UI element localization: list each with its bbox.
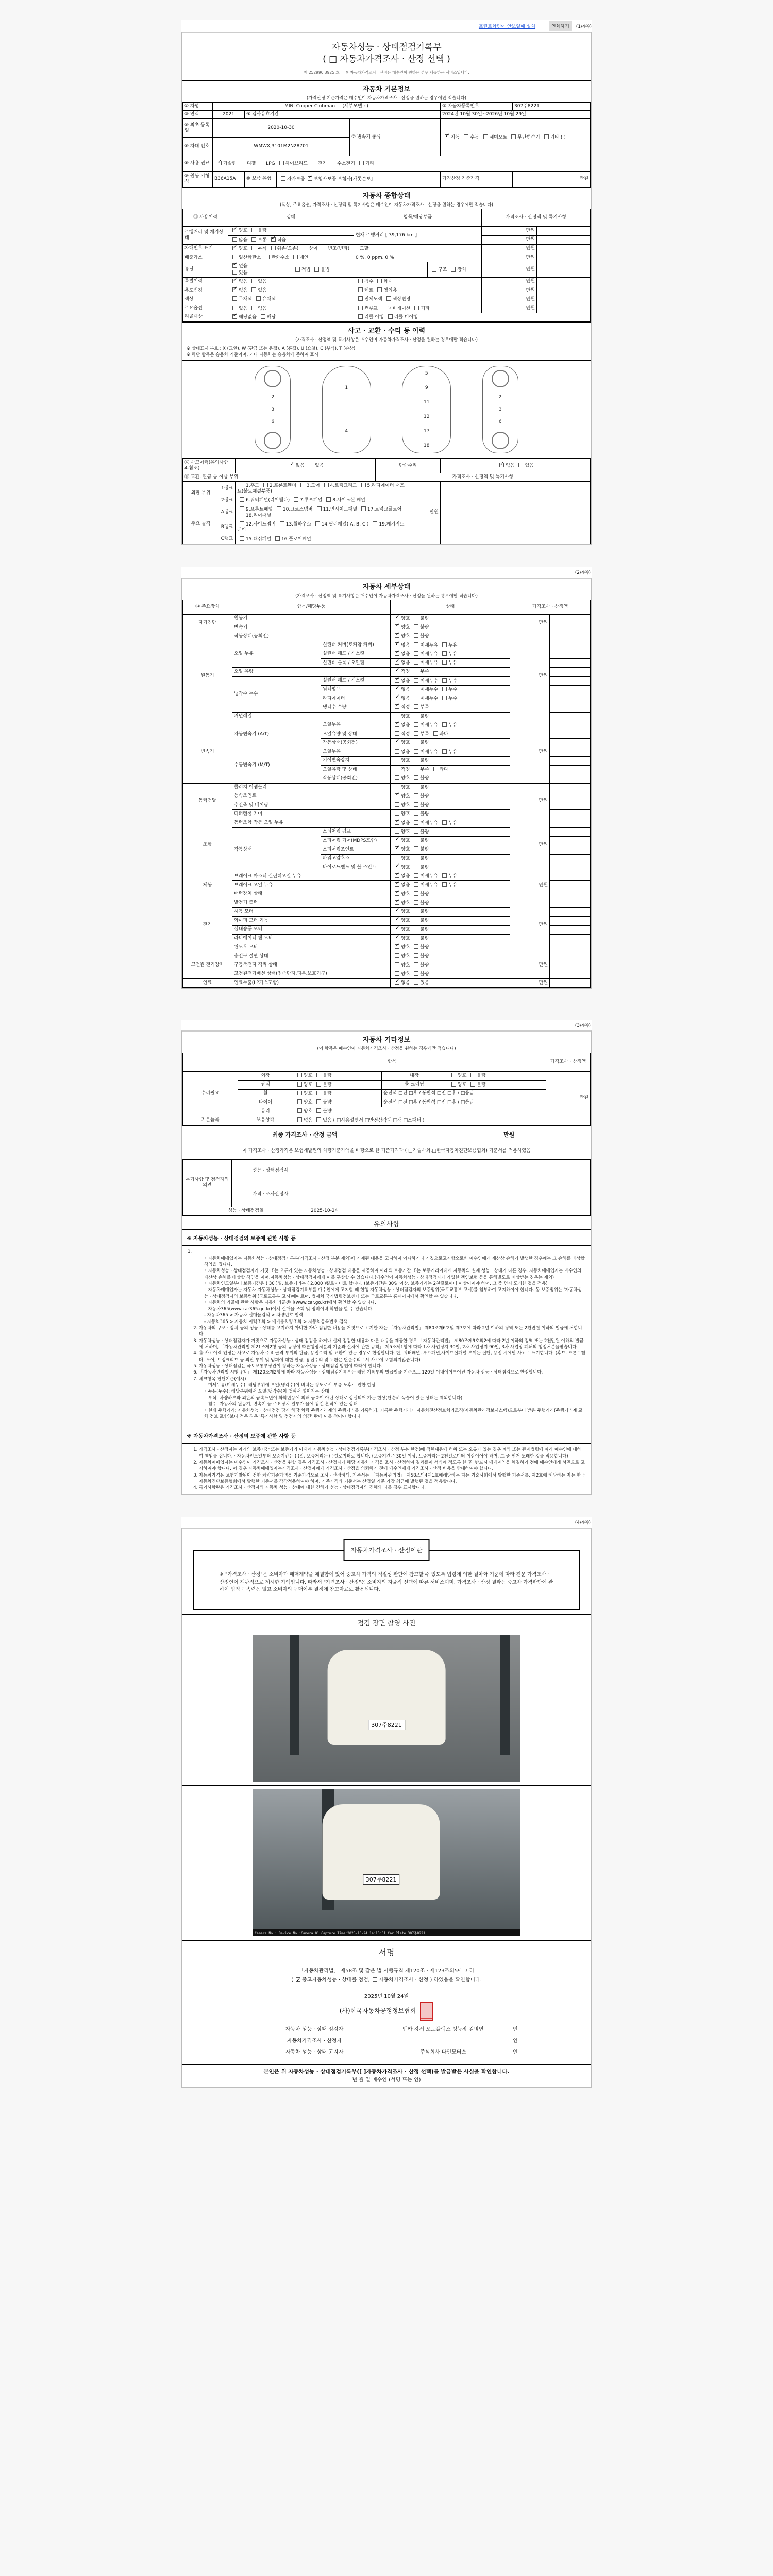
- option-label: 미세누유: [420, 643, 438, 648]
- option-label: 양호: [401, 918, 410, 923]
- checkbox[interactable]: [451, 1073, 456, 1077]
- checkbox[interactable]: [359, 161, 364, 165]
- text: (: [291, 1977, 293, 1983]
- checkbox[interactable]: [442, 687, 447, 691]
- checkbox[interactable]: [232, 287, 237, 292]
- checkbox[interactable]: [316, 1082, 321, 1087]
- checkbox[interactable]: [388, 314, 393, 319]
- page-4: 자동차가격조사 · 산정이란 ※ "가격조사 · 산정"은 소비자가 매매계약을…: [181, 1528, 592, 2088]
- checkbox[interactable]: [414, 775, 418, 780]
- checkbox[interactable]: [308, 176, 312, 181]
- checkbox[interactable]: [256, 296, 261, 301]
- checkbox[interactable]: [395, 642, 399, 647]
- label: 가격산정 기준가격: [441, 172, 513, 187]
- valid-period: 2024년 10월 30일~2026년 10월 29일: [441, 111, 591, 119]
- checkbox[interactable]: [442, 873, 447, 878]
- checkbox[interactable]: [312, 161, 316, 165]
- list-item: 자동차매매업자는 매수인이 가격조사 · 산정을 원할 경우 가격조사 · 산정…: [199, 1460, 585, 1472]
- checkbox[interactable]: [232, 270, 237, 275]
- checkbox[interactable]: [395, 651, 399, 656]
- option-label: 적정: [401, 767, 410, 772]
- checkbox[interactable]: [414, 802, 418, 807]
- checkbox[interactable]: [442, 722, 447, 727]
- checkbox[interactable]: [297, 1091, 302, 1095]
- print-guide-link[interactable]: 프린트화면이 안보일때 설치: [479, 23, 535, 29]
- label: 성능 · 상태점검자: [232, 1159, 309, 1183]
- checkbox[interactable]: [483, 134, 488, 139]
- page-3: 자동차 기타정보(이 항목은 매수인이 자동차가격조사 · 산정을 원하는 경우…: [181, 1030, 592, 1495]
- checkbox[interactable]: [518, 463, 523, 467]
- checkbox[interactable]: [414, 909, 418, 913]
- option-label: 미세누유: [420, 883, 438, 888]
- part-number: 12: [424, 414, 429, 419]
- checkbox[interactable]: [442, 642, 447, 647]
- checkbox[interactable]: [251, 246, 256, 250]
- option-label: 없음: [401, 660, 410, 666]
- checkbox[interactable]: [260, 161, 264, 165]
- option-label: 탄화수소: [271, 255, 289, 260]
- checkbox[interactable]: [414, 811, 418, 816]
- checkbox[interactable]: [395, 785, 399, 789]
- checkbox[interactable]: [395, 687, 399, 691]
- checkbox[interactable]: [470, 1073, 475, 1077]
- page-number: (3/4쪽): [181, 1020, 592, 1030]
- car-view: 236: [482, 366, 518, 453]
- checkbox[interactable]: [414, 900, 418, 905]
- checkbox[interactable]: [395, 944, 399, 949]
- checkbox[interactable]: [279, 161, 284, 165]
- checkbox[interactable]: [414, 971, 418, 976]
- checkbox[interactable]: [232, 255, 237, 259]
- option-label: 누유: [448, 723, 457, 728]
- checkbox[interactable]: [395, 660, 399, 665]
- checkbox[interactable]: [322, 246, 326, 250]
- checkbox[interactable]: [470, 1082, 475, 1087]
- checkbox[interactable]: [414, 953, 418, 958]
- option-label: 없음: [401, 750, 410, 755]
- signer-role: 자동차 성능 · 상태 점검자: [247, 2025, 381, 2035]
- checkbox[interactable]: [414, 882, 418, 887]
- checkbox[interactable]: [395, 767, 399, 771]
- checkbox[interactable]: [395, 802, 399, 807]
- col-header: 가격조사 · 산정액: [546, 1053, 591, 1072]
- label: ⑥ 차대 번호: [183, 138, 213, 156]
- checkbox[interactable]: [265, 255, 270, 259]
- checkbox[interactable]: [414, 838, 418, 842]
- text: 중고자동차성능 · 상태를 점검,: [302, 1977, 370, 1983]
- option-label: 양호: [401, 847, 410, 852]
- checkbox[interactable]: [414, 846, 418, 851]
- unit: 만원: [526, 288, 535, 293]
- checkbox[interactable]: [395, 971, 399, 976]
- checkbox[interactable]: [297, 1117, 302, 1122]
- checkbox[interactable]: [395, 980, 399, 985]
- legend: ※ 상태표시 부호 : X (교환), W (판금 또는 용접), A (흠집)…: [187, 346, 586, 352]
- option-label: 양호: [239, 228, 247, 233]
- checkbox[interactable]: [395, 624, 399, 629]
- checkbox[interactable]: [445, 134, 449, 139]
- checkbox[interactable]: [275, 536, 280, 541]
- checkbox[interactable]: [294, 497, 298, 502]
- checkbox[interactable]: [317, 506, 322, 511]
- option-label: 있음: [239, 306, 247, 311]
- checkbox[interactable]: [314, 267, 319, 272]
- checkbox[interactable]: [303, 246, 307, 250]
- checkbox[interactable]: [386, 296, 391, 301]
- print-button[interactable]: 인쇄하기: [549, 21, 572, 31]
- section-note: (이 항목은 매수인이 자동차가격조사 · 산정을 원하는 경우에만 적습니다): [182, 1045, 591, 1052]
- checkbox[interactable]: [296, 1977, 300, 1982]
- option-label: 미세누유: [420, 874, 438, 879]
- checkbox[interactable]: [251, 279, 256, 283]
- option-label: 불량: [420, 714, 429, 719]
- checkbox[interactable]: [414, 306, 419, 310]
- checkbox[interactable]: [326, 497, 331, 502]
- warranty-insurer: 보험사보증 보험사[캐롯손보]: [314, 177, 373, 182]
- unit: 만원: [539, 842, 548, 848]
- option-label: 불량: [420, 776, 429, 781]
- checkbox[interactable]: [442, 660, 447, 665]
- checkbox[interactable]: [277, 506, 281, 511]
- checkbox[interactable]: [432, 267, 436, 272]
- checkbox[interactable]: [316, 1099, 321, 1104]
- checkbox[interactable]: [433, 767, 438, 771]
- checkbox[interactable]: [251, 237, 256, 242]
- option-label: 없음: [506, 463, 514, 468]
- checkbox[interactable]: [414, 758, 418, 762]
- checkbox[interactable]: [414, 616, 418, 620]
- list-item: 자동차성능 · 상태점검자가 거짓으로 자동차성능 · 상태 점검을 하거나 실…: [199, 1338, 585, 1351]
- checkbox[interactable]: [297, 1099, 302, 1104]
- checkbox[interactable]: [414, 642, 418, 647]
- checkbox[interactable]: [395, 953, 399, 958]
- checkbox[interactable]: [232, 237, 237, 242]
- checkbox[interactable]: [414, 820, 418, 825]
- col-header: ⑪ 사용이력: [183, 209, 228, 227]
- col-header: 가격조사 · 산정액: [510, 600, 591, 614]
- checkbox[interactable]: [316, 1117, 321, 1122]
- checkbox[interactable]: [414, 624, 418, 629]
- option-label: 불량: [420, 838, 429, 843]
- checkbox[interactable]: [414, 980, 418, 985]
- option-label: 양호: [401, 909, 410, 914]
- option-label: 양호: [401, 803, 410, 808]
- option-label: 양호: [401, 785, 410, 790]
- option-label: 불량: [420, 927, 429, 933]
- checkbox[interactable]: [395, 775, 399, 780]
- option-label: 불량: [420, 918, 429, 923]
- table-row: 자기진단원동기양호 불량만원: [183, 614, 591, 623]
- option-label: 불량: [420, 865, 429, 870]
- checkbox[interactable]: [395, 856, 399, 860]
- checkbox[interactable]: [377, 287, 382, 292]
- sub-model: (세부모델 : ): [342, 104, 368, 109]
- checkbox[interactable]: [261, 314, 265, 319]
- checkbox[interactable]: [414, 936, 418, 940]
- checkbox[interactable]: [414, 891, 418, 896]
- checkbox[interactable]: [290, 463, 294, 467]
- checkbox[interactable]: [251, 228, 256, 232]
- section-title: 자동차 종합상태: [182, 190, 591, 200]
- checkbox[interactable]: [414, 962, 418, 967]
- checkbox[interactable]: [442, 882, 447, 887]
- checkbox[interactable]: [395, 758, 399, 762]
- section-note: (가격조사 · 산정액 및 특기사항은 매수인이 자동차가격조사 · 산정을 원…: [182, 592, 591, 599]
- checkbox[interactable]: [280, 521, 284, 526]
- checkbox[interactable]: [414, 704, 418, 709]
- checkbox[interactable]: [395, 793, 399, 798]
- label: ⑧ 사용 연료: [183, 156, 213, 172]
- checkbox[interactable]: [414, 722, 418, 727]
- unit: 만원: [539, 883, 548, 888]
- option-label: 수동: [470, 135, 479, 140]
- part-number: 2: [271, 395, 274, 400]
- checkbox[interactable]: [433, 731, 438, 736]
- checkbox[interactable]: [414, 793, 418, 798]
- checkbox[interactable]: [395, 900, 399, 905]
- label: ④ 검사유효기간: [245, 111, 441, 119]
- checkbox[interactable]: [361, 506, 366, 511]
- checkbox[interactable]: [271, 237, 276, 242]
- checkbox[interactable]: [240, 483, 244, 487]
- toolbar: 프린트화면이 안보일때 설치 인쇄하기 (1/4쪽): [181, 20, 592, 32]
- confirm-text: 본인은 위 자동차성능 · 상태점검기록부([ ]자동차가격조사 · 산정 선택…: [263, 2069, 509, 2075]
- checkbox[interactable]: [354, 246, 358, 250]
- checkbox[interactable]: [232, 314, 237, 319]
- option-label: 무채색: [239, 297, 252, 302]
- checkbox[interactable]: [263, 483, 268, 487]
- checkbox[interactable]: [414, 749, 418, 754]
- signer-name: [381, 2037, 505, 2046]
- checkbox[interactable]: [414, 918, 418, 922]
- checkbox[interactable]: [414, 660, 418, 665]
- option-label: 적정: [401, 669, 410, 674]
- checkbox[interactable]: [232, 263, 237, 268]
- checkbox[interactable]: [240, 513, 244, 517]
- checkbox[interactable]: [414, 856, 418, 860]
- checkbox[interactable]: [414, 651, 418, 656]
- checkbox[interactable]: [373, 521, 377, 526]
- final-price: 최종 가격조사 · 산정 금액만원 이 가격조사 · 산정가격은 보험개발원의 …: [182, 1125, 591, 1159]
- checkbox[interactable]: [464, 134, 468, 139]
- option-label: 일산화탄소: [239, 255, 261, 260]
- option-label: 있음: [525, 463, 533, 468]
- checkbox[interactable]: [281, 176, 285, 181]
- checkbox[interactable]: [395, 714, 399, 718]
- checkbox[interactable]: [251, 306, 256, 310]
- option-label: 있음: [239, 270, 247, 276]
- checkbox[interactable]: [442, 651, 447, 656]
- checkbox[interactable]: [395, 696, 399, 700]
- checkbox[interactable]: [414, 767, 418, 771]
- checkbox[interactable]: [358, 314, 363, 319]
- label: ⑤ 최초 등록일: [183, 119, 213, 138]
- list-item: 「자동차관리법 시행규칙」 제120조제2항에 따라 자동차성능 · 상태점검기…: [199, 1369, 585, 1376]
- organization: (사)한국자동차공정정보협회: [340, 2006, 416, 2017]
- checkbox[interactable]: [316, 1073, 321, 1077]
- checkbox[interactable]: [414, 927, 418, 931]
- unit: 만원: [526, 297, 535, 302]
- checkbox[interactable]: [297, 1108, 302, 1113]
- checkbox[interactable]: [271, 246, 276, 250]
- list-item: 침수: 자동차의 원동기, 변속기 등 주요장치 일부가 물에 잠긴 흔적이 있…: [204, 1401, 585, 1408]
- checkbox[interactable]: [414, 633, 418, 638]
- checkbox[interactable]: [395, 678, 399, 683]
- checkbox[interactable]: [499, 463, 504, 467]
- checkbox[interactable]: [395, 722, 399, 727]
- checkbox[interactable]: [395, 873, 399, 878]
- checkbox[interactable]: [232, 246, 237, 250]
- checkbox[interactable]: [382, 306, 386, 310]
- part-number: 11: [424, 400, 429, 405]
- section-title: 자동차 기타정보: [182, 1034, 591, 1044]
- checkbox[interactable]: [316, 1108, 321, 1113]
- checkbox[interactable]: [442, 749, 447, 754]
- option-label: 없음: [401, 687, 410, 692]
- checkbox[interactable]: [240, 536, 244, 541]
- checkbox[interactable]: [395, 749, 399, 754]
- option-label: 불량: [420, 901, 429, 906]
- option-label: 없음: [401, 696, 410, 701]
- checkbox[interactable]: [309, 463, 313, 467]
- checkbox[interactable]: [240, 506, 244, 511]
- checkbox[interactable]: [414, 714, 418, 718]
- option-label: 불량: [420, 616, 429, 621]
- option-label: 불법: [321, 267, 329, 273]
- checkbox[interactable]: [232, 296, 237, 301]
- checkbox[interactable]: [300, 483, 305, 487]
- checkbox[interactable]: [251, 287, 256, 292]
- basis-text: 이 가격조사 · 산정가격은 보험개발원의 차량기준가액을 바탕으로 한 기준가…: [182, 1144, 591, 1159]
- checkbox[interactable]: [395, 633, 399, 638]
- checkbox[interactable]: [451, 1082, 456, 1087]
- option-label: 리콜 이행: [364, 315, 384, 320]
- checkbox[interactable]: [414, 696, 418, 700]
- checkbox[interactable]: [442, 820, 447, 825]
- checkbox[interactable]: [315, 521, 320, 526]
- checkbox[interactable]: [511, 134, 516, 139]
- option-label: 불량: [420, 803, 429, 808]
- option-label: 미세누수: [420, 679, 438, 684]
- checkbox[interactable]: [414, 687, 418, 691]
- checkbox[interactable]: [395, 891, 399, 896]
- checkbox[interactable]: [297, 1082, 302, 1087]
- checkbox[interactable]: [395, 882, 399, 887]
- option-label: 양호: [401, 714, 410, 719]
- option-label: 화재: [383, 279, 392, 284]
- checkbox[interactable]: [316, 1091, 321, 1095]
- checkbox[interactable]: [232, 228, 237, 232]
- checkbox[interactable]: [240, 497, 244, 502]
- col-header: 상태: [391, 600, 510, 614]
- checkbox[interactable]: [395, 616, 399, 620]
- col-header: 항목/해당부품: [232, 600, 391, 614]
- checkbox[interactable]: [293, 255, 298, 259]
- checkbox[interactable]: [395, 811, 399, 816]
- checkbox[interactable]: [414, 785, 418, 789]
- checkbox[interactable]: [395, 865, 399, 869]
- checkbox[interactable]: [414, 865, 418, 869]
- checkbox[interactable]: [414, 678, 418, 683]
- checkbox[interactable]: [358, 306, 363, 310]
- option-label: 누유: [448, 874, 457, 879]
- col-header: 가격조사 · 산정액 및 특기사항: [482, 209, 591, 227]
- signer-name: 주식회사 다인모터스: [381, 2048, 505, 2057]
- checkbox[interactable]: [414, 731, 418, 736]
- option-label: 불량: [258, 228, 266, 233]
- table-row: 고전원 전기장치충전구 절연 상태양호 불량만원: [183, 952, 591, 961]
- checkbox[interactable]: [395, 936, 399, 940]
- caution-heading: ※ 자동차성능 · 상태점검의 보증에 관한 사항 등: [182, 1233, 591, 1246]
- checkbox[interactable]: [395, 669, 399, 673]
- option-label: 부족: [420, 767, 429, 772]
- checkbox[interactable]: [442, 678, 447, 683]
- checkbox[interactable]: [361, 483, 366, 487]
- option-label: 부식: [258, 246, 266, 251]
- checkbox[interactable]: [395, 909, 399, 913]
- checkbox[interactable]: [232, 279, 237, 283]
- checkbox[interactable]: [232, 306, 237, 310]
- checkbox[interactable]: [358, 279, 363, 283]
- checkbox[interactable]: [358, 287, 363, 292]
- checkbox[interactable]: [414, 740, 418, 744]
- checkbox[interactable]: [395, 846, 399, 851]
- list-item: 현재 주행거리: 자동차성능 · 상태점검 당시 해당 차량 주행거리계의 주행…: [204, 1408, 585, 1420]
- checkbox[interactable]: [331, 161, 335, 165]
- checkbox[interactable]: [324, 483, 329, 487]
- checkbox[interactable]: [297, 1073, 302, 1077]
- checkbox[interactable]: [395, 918, 399, 922]
- checkbox[interactable]: [377, 279, 382, 283]
- inspection-photo-front: 307주8221: [253, 1635, 520, 1782]
- final-label: 최종 가격조사 · 산정 금액: [182, 1126, 427, 1144]
- checkbox[interactable]: [395, 962, 399, 967]
- option-label: 유채색: [262, 297, 276, 302]
- checkbox[interactable]: [414, 944, 418, 949]
- checkbox[interactable]: [395, 740, 399, 744]
- list-item: 자동차의 구조 · 장치 등의 성능 · 상태를 고지하지 아니한 자나 점검한…: [199, 1325, 585, 1338]
- checkbox[interactable]: [217, 161, 222, 165]
- option-label: 양호: [401, 865, 410, 870]
- checkbox[interactable]: [414, 829, 418, 834]
- option-label: 양호: [401, 794, 410, 799]
- list-item: 자동차의 리콜에 관한 사항은 자동차리콜센터(www.car.go.kr)에서…: [204, 1300, 585, 1306]
- checkbox[interactable]: [414, 873, 418, 878]
- option-label: 기타 ( ): [550, 135, 566, 140]
- checkbox[interactable]: [241, 161, 245, 165]
- option-label: 양호: [401, 945, 410, 950]
- checkbox[interactable]: [395, 820, 399, 825]
- checkbox[interactable]: [395, 838, 399, 842]
- option-label: 없음: [258, 306, 266, 311]
- checkbox[interactable]: [395, 704, 399, 709]
- option-label: 해당없음: [239, 315, 257, 320]
- checkbox[interactable]: [295, 267, 300, 272]
- checkbox[interactable]: [414, 669, 418, 673]
- checkbox[interactable]: [373, 1977, 377, 1982]
- checkbox[interactable]: [395, 731, 399, 736]
- checkbox[interactable]: [544, 134, 549, 139]
- checkbox[interactable]: [240, 521, 244, 526]
- option-label: LPG: [266, 161, 275, 166]
- checkbox[interactable]: [442, 696, 447, 700]
- option-label: 불량: [420, 811, 429, 817]
- checkbox[interactable]: [451, 267, 456, 272]
- checkbox[interactable]: [395, 829, 399, 834]
- unit: 만원: [526, 267, 535, 272]
- checkbox[interactable]: [358, 296, 363, 301]
- checkbox[interactable]: [395, 927, 399, 931]
